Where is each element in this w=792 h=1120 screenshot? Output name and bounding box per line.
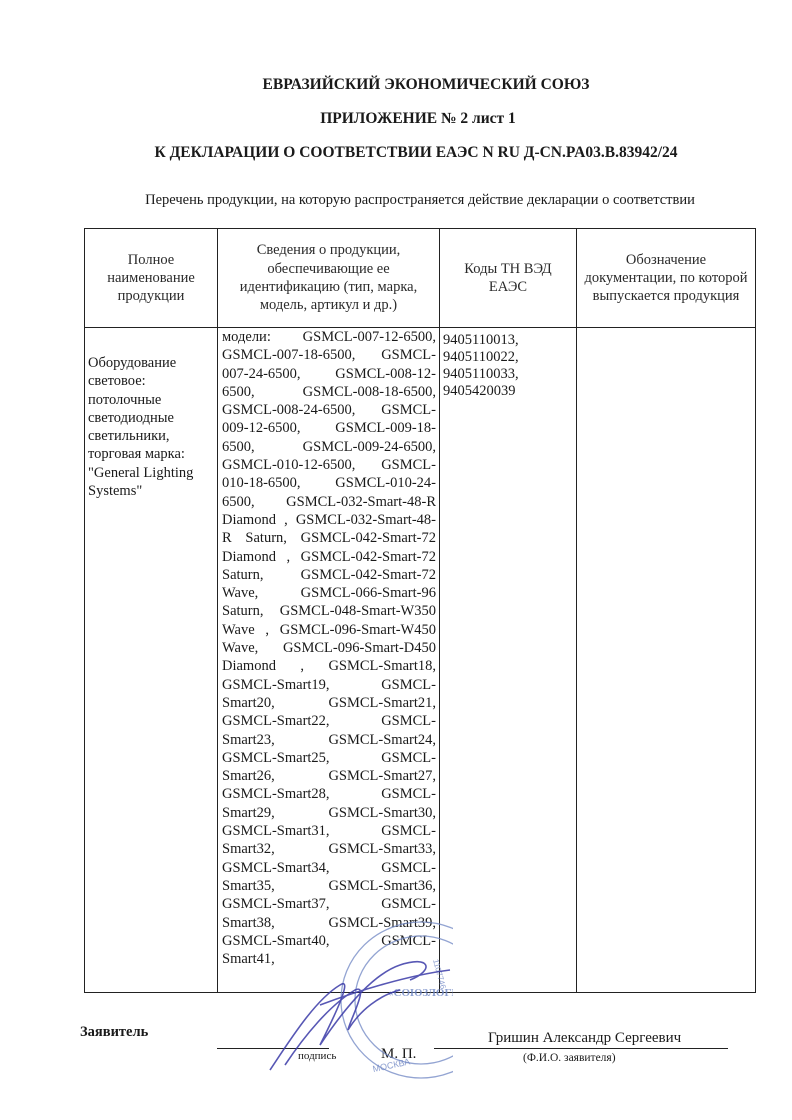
product-models: модели: GSMCL-007-12-6500, GSMCL-007-18-… — [218, 328, 439, 968]
declaration-title: К ДЕКЛАРАЦИИ О СООТВЕТСТВИИ ЕАЭС N RU Д-… — [20, 144, 792, 162]
union-title: ЕВРАЗИЙСКИЙ ЭКОНОМИЧЕСКИЙ СОЮЗ — [30, 76, 792, 94]
signature-line — [217, 1048, 329, 1049]
hs-code: 9405110013, — [443, 332, 572, 349]
name-caption: (Ф.И.О. заявителя) — [523, 1052, 616, 1064]
signature-caption: подпись — [298, 1050, 336, 1062]
column-header-documentation: Обозначение документации, по которой вып… — [577, 229, 756, 328]
product-name-cell: Оборудование световое: потолочные светод… — [85, 328, 218, 993]
hs-codes-cell: 9405110013, 9405110022, 9405110033, 9405… — [440, 328, 577, 993]
hs-code: 9405110033, — [443, 366, 572, 383]
documentation-cell — [577, 328, 756, 993]
hs-code: 9405110022, — [443, 349, 572, 366]
product-models-cell: модели: GSMCL-007-12-6500, GSMCL-007-18-… — [218, 328, 440, 993]
column-header-product-name: Полное наименование продукции — [85, 229, 218, 328]
column-header-product-info: Сведения о продукции, обеспечивающие ее … — [218, 229, 440, 328]
product-list-caption: Перечень продукции, на которую распростр… — [100, 192, 740, 209]
table-row: Оборудование световое: потолочные светод… — [85, 328, 756, 993]
name-line — [434, 1048, 728, 1049]
products-table: Полное наименование продукции Сведения о… — [84, 228, 756, 993]
column-header-hs-codes: Коды ТН ВЭД ЕАЭС — [440, 229, 577, 328]
applicant-label: Заявитель — [80, 1024, 148, 1041]
product-name: Оборудование световое: потолочные светод… — [85, 354, 217, 500]
appendix-title: ПРИЛОЖЕНИЕ № 2 лист 1 — [22, 110, 792, 128]
applicant-name: Гришин Александр Сергеевич — [488, 1030, 681, 1047]
table-header-row: Полное наименование продукции Сведения о… — [85, 229, 756, 328]
hs-code: 9405420039 — [443, 383, 572, 400]
seal-label: М. П. — [381, 1046, 416, 1063]
